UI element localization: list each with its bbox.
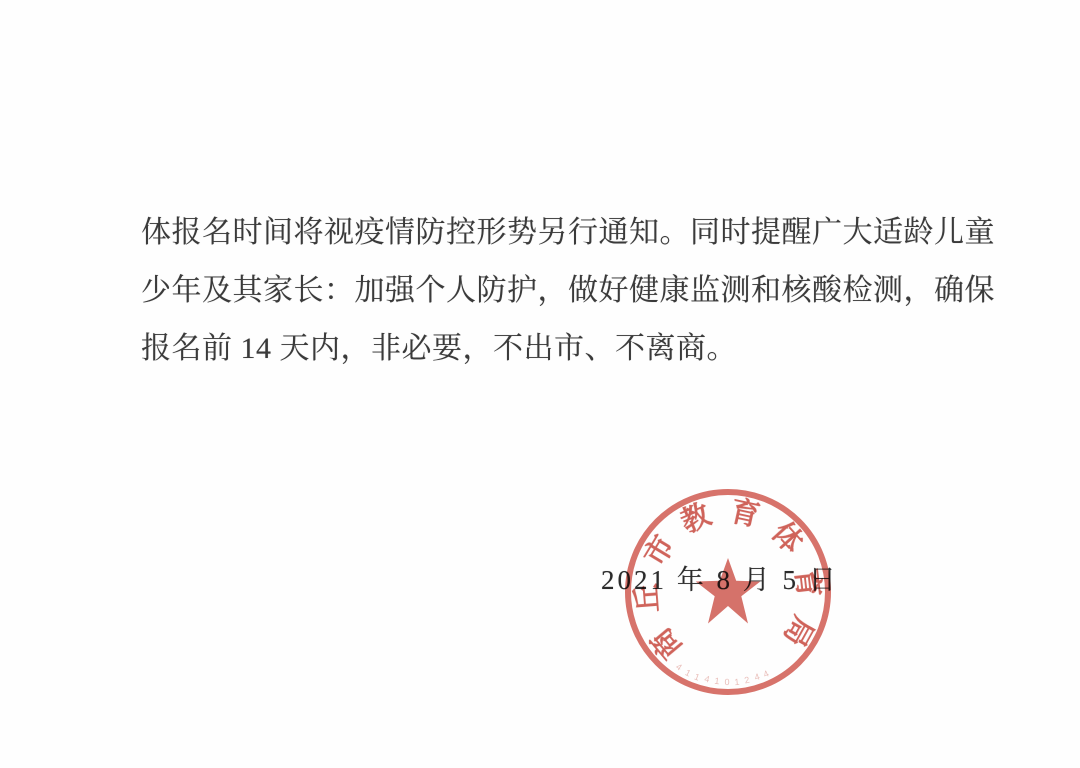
notice-body: 体报名时间将视疫情防控形势另行通知。同时提醒广大适龄儿童 少年及其家长：加强个人… xyxy=(141,204,981,378)
official-seal: 商丘市教育体育局 4114101244 xyxy=(618,482,838,702)
seal-character: 育 xyxy=(790,565,825,600)
body-line-3: 报名前 14 天内，非必要，不出市、不离商。 xyxy=(141,320,981,378)
seal-character: 丘 xyxy=(631,581,665,615)
document-page: 体报名时间将视疫情防控形势另行通知。同时提醒广大适龄儿童 少年及其家长：加强个人… xyxy=(0,0,1080,768)
body-line-2: 少年及其家长：加强个人防护，做好健康监测和核酸检测，确保 xyxy=(141,262,981,320)
star-icon xyxy=(696,558,761,624)
seal-serial-digit: 0 xyxy=(722,677,732,687)
body-line-1: 体报名时间将视疫情防控形势另行通知。同时提醒广大适龄儿童 xyxy=(141,204,981,262)
seal-serial-digit: 1 xyxy=(711,676,722,687)
seal-character: 育 xyxy=(726,495,764,533)
